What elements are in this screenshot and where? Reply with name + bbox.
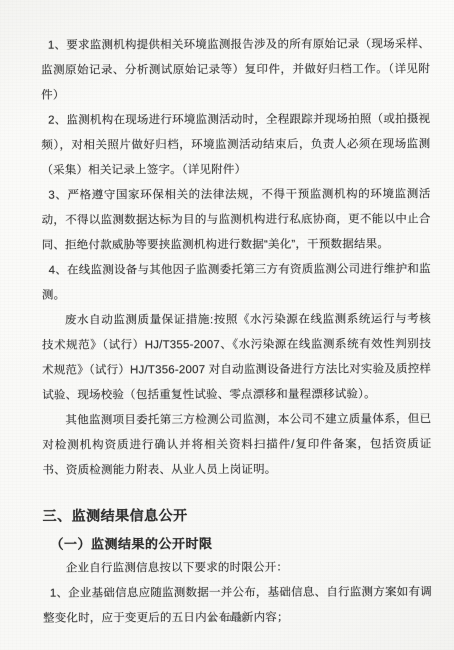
subsection-heading-disclosure-deadline: （一）监测结果的公开时限 — [43, 530, 432, 556]
paragraph-requirement-2: 2、监测机构在现场进行环境监测活动时，全程跟踪并现场拍照（或拍摄视频），对相关照… — [41, 107, 430, 183]
paragraph-disclosure-intro: 企业自行监测信息按以下要求的时限公开： — [43, 555, 432, 581]
page-number-footer: 第 20 页 — [0, 613, 454, 624]
paragraph-third-party-testing: 其他监测项目委托第三方检测公司监测，本公司不建立质量体系，但已对检测机构资质进行… — [42, 407, 431, 483]
section-heading-monitoring-disclosure: 三、监测结果信息公开 — [43, 502, 432, 528]
scanned-document-page: 1、要求监测机构提供相关环境监测报告涉及的所有原始记录（现场采样、监测原始记录、… — [0, 0, 454, 650]
paragraph-requirement-4: 4、在线监测设备与其他因子监测委托第三方有资质监测公司进行维护和监测。 — [42, 257, 431, 308]
paragraph-wastewater-qa: 废水自动监测质量保证措施:按照《水污染源在线监测系统运行与考核技术规范》（试行）… — [42, 307, 431, 408]
paragraph-requirement-1: 1、要求监测机构提供相关环境监测报告涉及的所有原始记录（现场采样、监测原始记录、… — [41, 32, 430, 108]
document-body: 1、要求监测机构提供相关环境监测报告涉及的所有原始记录（现场采样、监测原始记录、… — [41, 32, 432, 631]
paragraph-requirement-3: 3、严格遵守国家环保相关的法律法规，不得干预监测机构的环境监测活动，不得以监测数… — [41, 182, 430, 258]
